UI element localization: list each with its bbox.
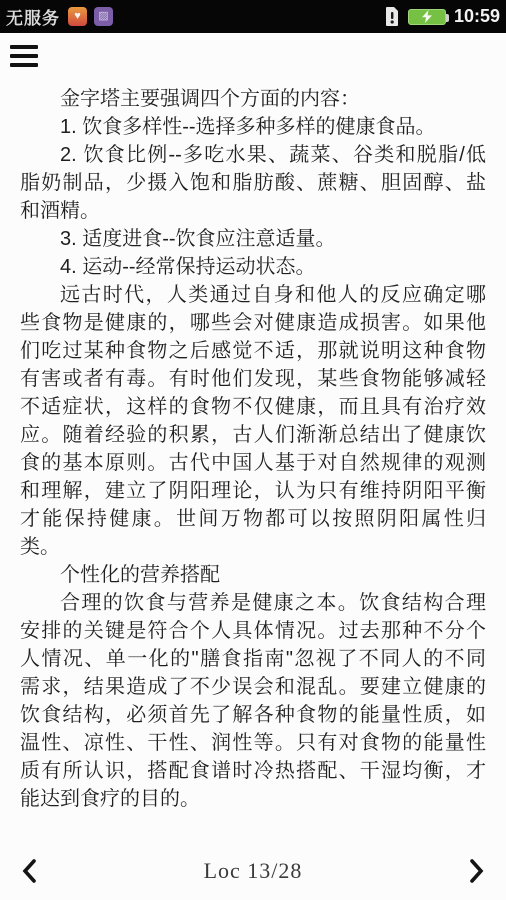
- text-line: 1. 饮食多样性--选择多种多样的健康食品。: [20, 113, 486, 141]
- text-line: 远古时代，人类通过自身和他人的反应确定哪: [20, 281, 486, 309]
- text-line: 们吃过某种食物之后感觉不适，那就说明这种食物: [20, 337, 486, 365]
- text-line: 3. 适度进食--饮食应注意适量。: [20, 225, 486, 253]
- reader-app-screen: 无服务 ♥ ▨ 10:59 金字塔主要强调四个方面的内容：1. 饮食多样性--选…: [0, 0, 506, 900]
- status-bar: 无服务 ♥ ▨ 10:59: [0, 0, 506, 33]
- reader-page[interactable]: 金字塔主要强调四个方面的内容：1. 饮食多样性--选择多种多样的健康食品。2. …: [20, 85, 486, 813]
- text-line: 温性、凉性、干性、润性等。只有对食物的能量性: [20, 729, 486, 757]
- menu-button[interactable]: [10, 45, 40, 71]
- clock-label: 10:59: [454, 6, 500, 27]
- text-line: 不适症状，这样的食物不仅健康，而且具有治疗效: [20, 393, 486, 421]
- text-line: 2. 饮食比例--多吃水果、蔬菜、谷类和脱脂/低: [20, 141, 486, 169]
- location-indicator: Loc 13/28: [204, 858, 303, 884]
- previous-page-button[interactable]: [12, 854, 46, 888]
- purple-app-icon: ▨: [94, 7, 113, 26]
- battery-charging-icon: [408, 9, 446, 25]
- next-page-button[interactable]: [460, 854, 494, 888]
- text-line: 才能保持健康。世间万物都可以按照阴阳属性归: [20, 505, 486, 533]
- text-line: 类。: [20, 533, 486, 561]
- text-line: 饮食结构，必须首先了解各种食物的能量性质，如: [20, 701, 486, 729]
- text-line: 食的基本原则。古代中国人基于对自然规律的观测: [20, 449, 486, 477]
- text-line: 和理解，建立了阴阳理论，认为只有维持阴阳平衡: [20, 477, 486, 505]
- sim-alert-icon: [384, 6, 400, 27]
- text-line: 安排的关键是符合个人具体情况。过去那种不分个: [20, 617, 486, 645]
- text-line: 4. 运动--经常保持运动状态。: [20, 253, 486, 281]
- footer-bar: Loc 13/28: [0, 842, 506, 900]
- hamburger-icon: [10, 45, 38, 49]
- chevron-right-icon: [468, 858, 486, 884]
- text-line: 质有所认识，搭配食谱时冷热搭配、干湿均衡，才: [20, 757, 486, 785]
- carrier-status-label: 无服务: [6, 4, 60, 29]
- text-line: 和酒精。: [20, 197, 486, 225]
- text-line: 合理的饮食与营养是健康之本。饮食结构合理: [20, 589, 486, 617]
- text-line: 人情况、单一化的"膳食指南"忽视了不同人的不同: [20, 645, 486, 673]
- text-line: 需求，结果造成了不少误会和混乱。要建立健康的: [20, 673, 486, 701]
- text-line: 能达到食疗的目的。: [20, 785, 486, 813]
- text-line: 应。随着经验的积累，古人们渐渐总结出了健康饮: [20, 421, 486, 449]
- text-line: 有害或者有毒。有时他们发现，某些食物能够减轻: [20, 365, 486, 393]
- text-line: 些食物是健康的，哪些会对健康造成损害。如果他: [20, 309, 486, 337]
- text-line: 金字塔主要强调四个方面的内容：: [20, 85, 486, 113]
- heart-app-icon: ♥: [68, 7, 87, 26]
- section-heading: 个性化的营养搭配: [20, 561, 486, 589]
- chevron-left-icon: [20, 858, 38, 884]
- text-line: 脂奶制品，少摄入饱和脂肪酸、蔗糖、胆固醇、盐: [20, 169, 486, 197]
